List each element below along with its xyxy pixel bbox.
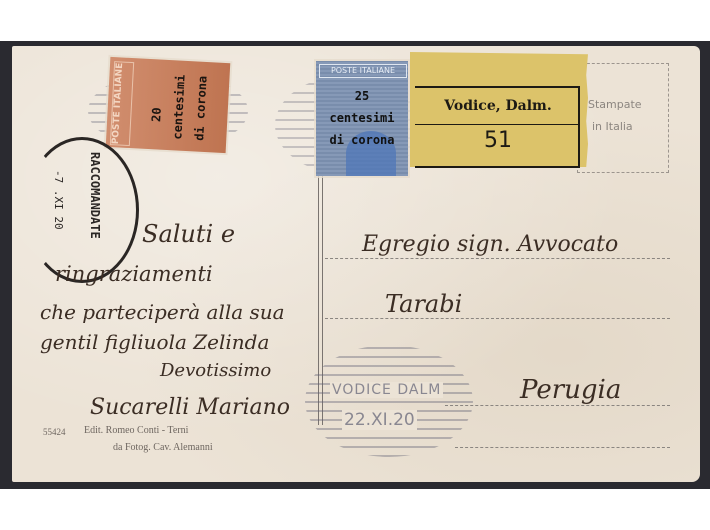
- stamp-20c-orange: POSTE ITALIANE 20 centesimi di corona: [106, 57, 231, 153]
- circular-postmark-date: -7 .XI 20: [52, 170, 65, 230]
- signature: Sucarelli Mariano: [90, 395, 290, 420]
- message-line-2: ringraziamenti: [55, 262, 213, 286]
- imprint-photographer: da Fotog. Cav. Alemanni: [113, 442, 213, 453]
- imprint-publisher: Edit. Romeo Conti - Terni: [84, 425, 188, 436]
- message-line-5: Devotissimo: [160, 360, 271, 381]
- registration-office: Vodice, Dalm.: [418, 98, 578, 114]
- message-line-3: che parteciperà alla sua: [40, 300, 285, 324]
- address-line-salutation: Egregio sign. Avvocato: [362, 232, 618, 257]
- overprint-line2: centesimi: [316, 111, 408, 125]
- registration-label-divider: [415, 124, 578, 125]
- address-line-name: Tarabi: [385, 290, 462, 318]
- stamp-box-line1: Stampate: [588, 98, 642, 111]
- oval-date-cancel: [305, 345, 473, 457]
- message-line-4: gentil figliuola Zelinda: [40, 330, 269, 354]
- stamp-overprint: 20 centesimi di corona: [144, 63, 228, 149]
- oval-cancel-date: 22.XI.20: [342, 410, 417, 430]
- stamp-top-banner: POSTE ITALIANE: [319, 64, 407, 78]
- oval-cancel-office: VODICE DALM: [330, 382, 443, 398]
- address-line-2: [325, 318, 670, 319]
- registration-number: 51: [418, 128, 578, 153]
- address-line-1: [325, 258, 670, 259]
- stamp-side-banner: POSTE ITALIANE: [110, 61, 134, 146]
- address-line-4: [455, 447, 670, 448]
- stamp-box-line2: in Italia: [592, 120, 633, 133]
- stamp-25c-blue: POSTE ITALIANE 25 centesimi di corona: [316, 61, 408, 176]
- address-line-city: Perugia: [520, 375, 621, 405]
- overprint-value: 25: [316, 89, 408, 103]
- message-line-1: Saluti e: [142, 220, 235, 248]
- stamp-placement-box: [577, 63, 669, 173]
- circular-postmark-text: RACCOMANDATE: [88, 152, 102, 239]
- imprint-code: 55424: [43, 427, 66, 437]
- overprint-line3: di corona: [316, 133, 408, 147]
- address-line-3: [445, 405, 670, 406]
